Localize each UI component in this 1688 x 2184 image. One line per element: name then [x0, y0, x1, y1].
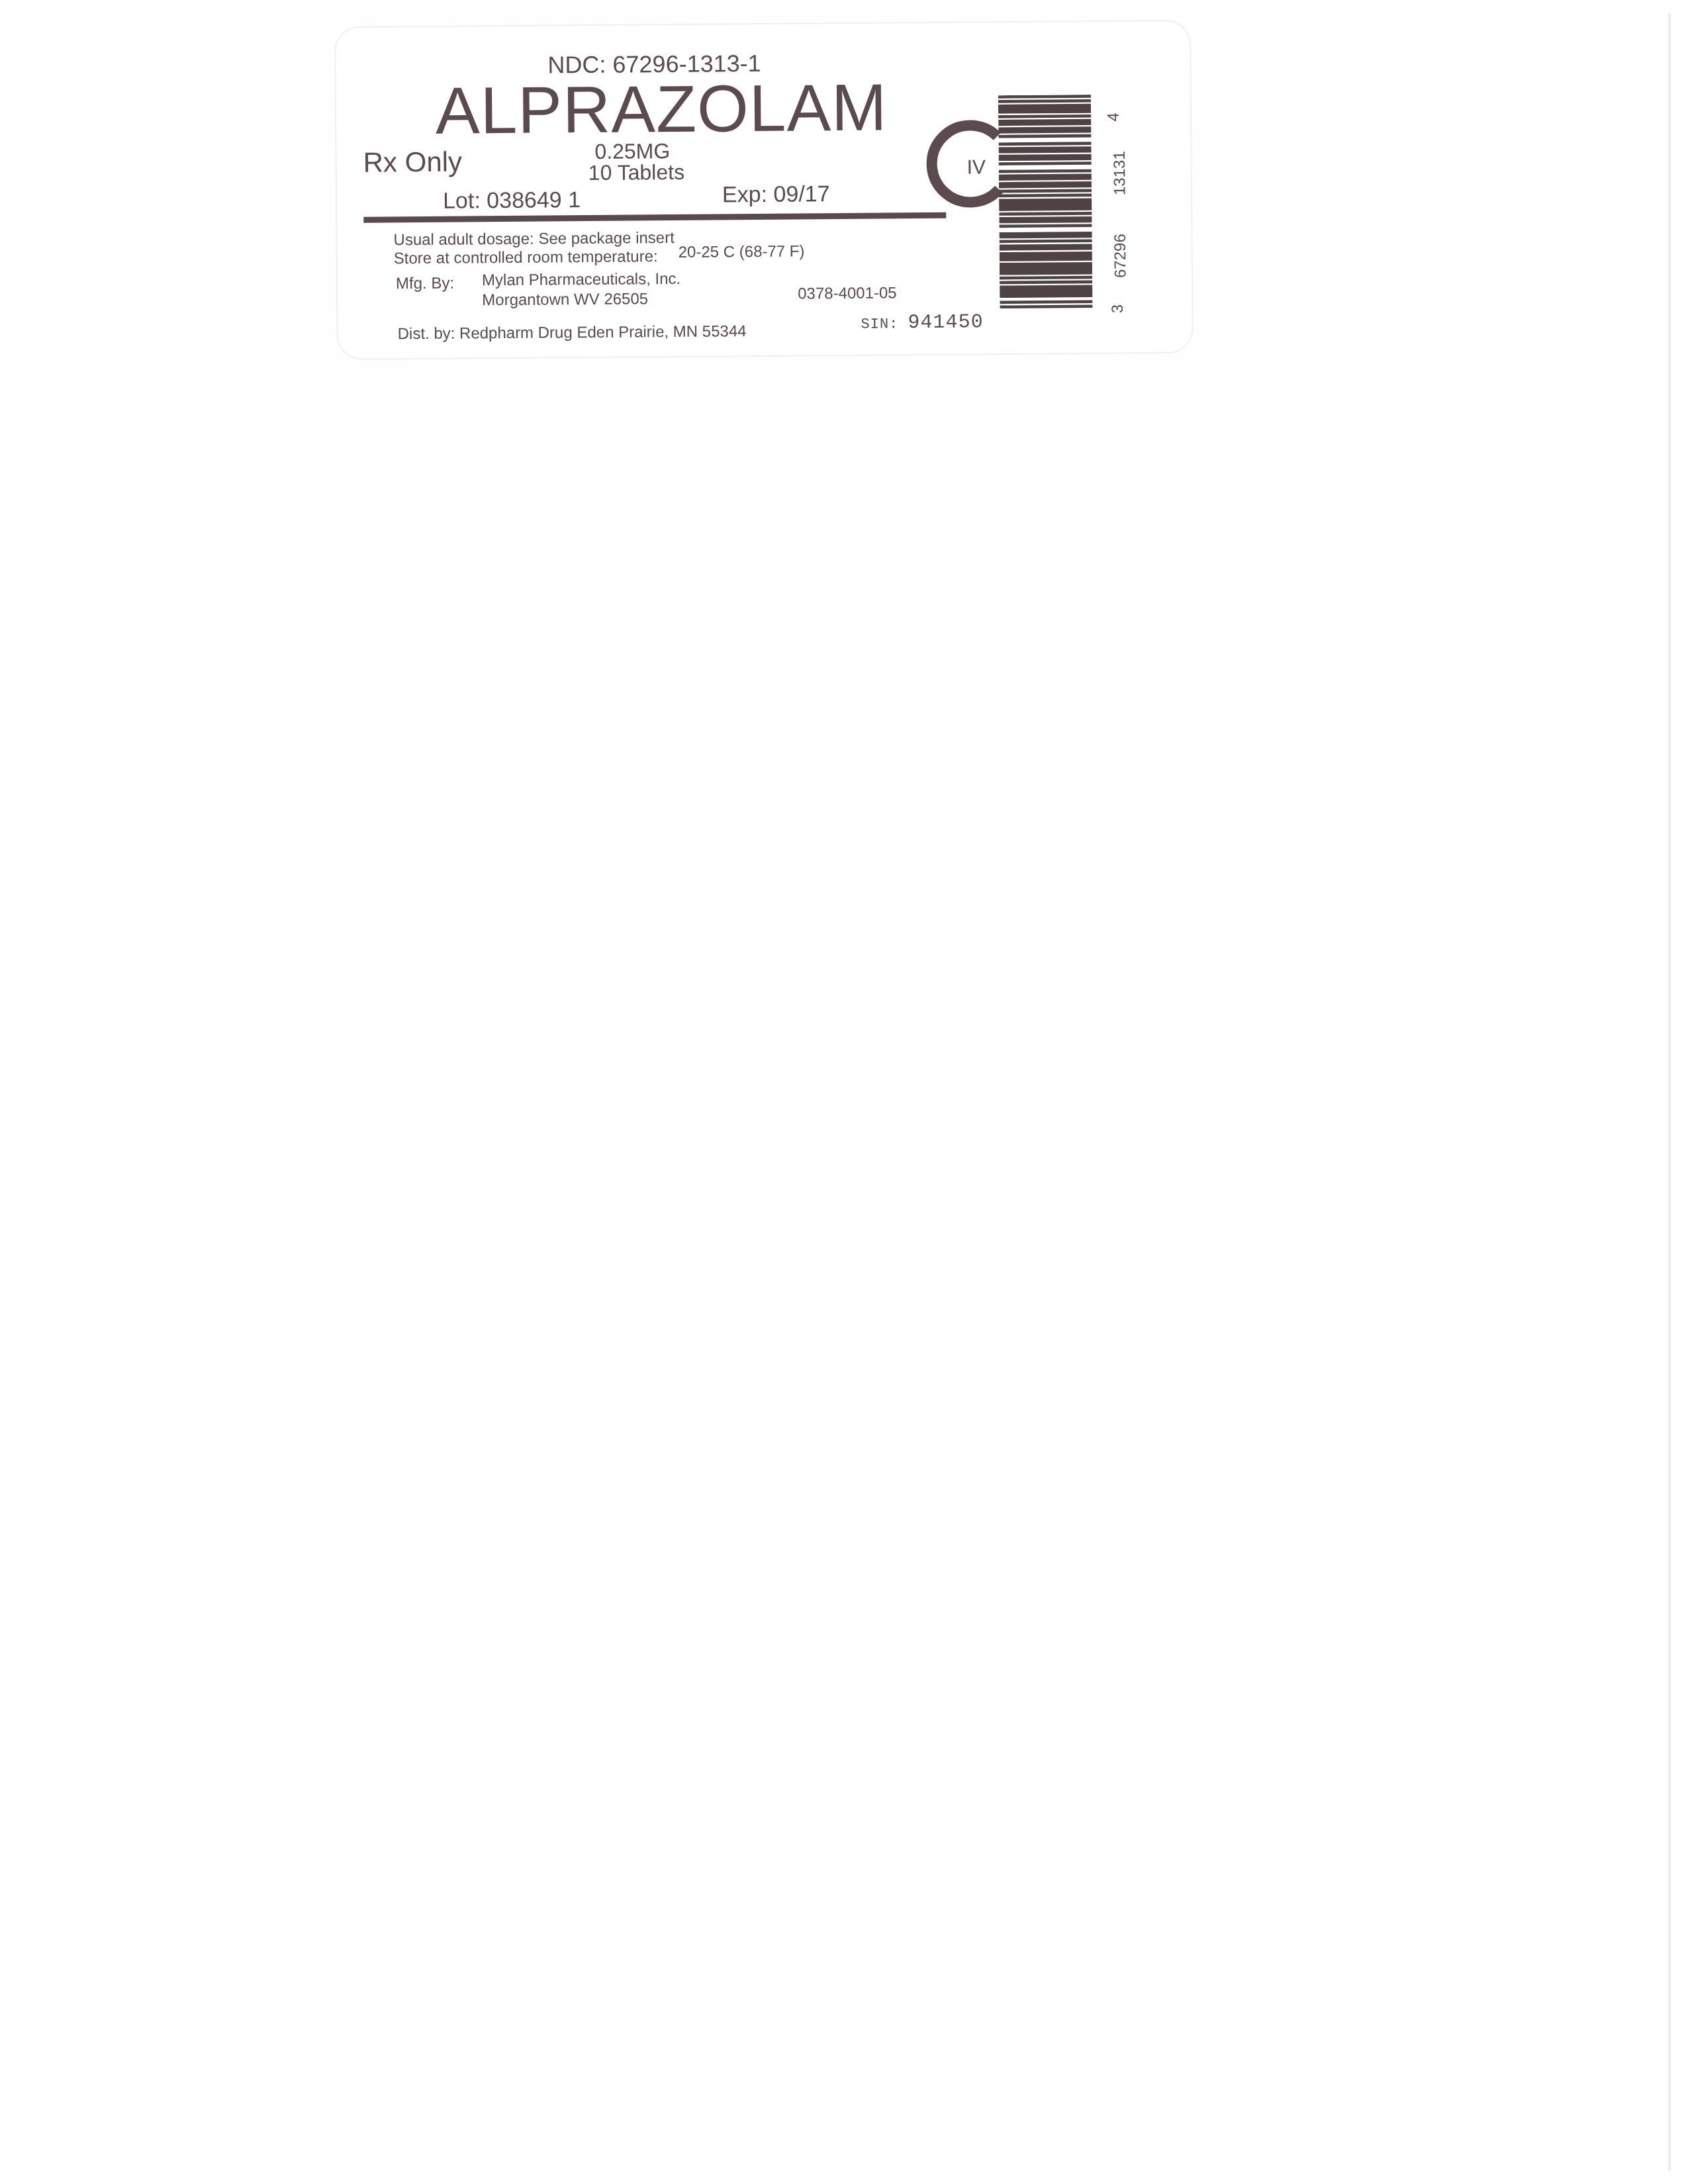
barcode-digit: 3: [1109, 304, 1127, 314]
storage-temperature: 20-25 C (68-77 F): [679, 242, 805, 261]
tablet-count: 10 Tablets: [588, 160, 685, 185]
barcode-digit: 13131: [1111, 151, 1130, 195]
barcode: [998, 95, 1100, 320]
prescription-label: NDC: 67296-1313-1 ALPRAZOLAM Rx Only 0.2…: [334, 20, 1194, 360]
sin-label: SIN:: [861, 316, 898, 332]
expiration-date: Exp: 09/17: [722, 181, 830, 208]
barcode-digit: 4: [1105, 113, 1123, 122]
manufacturer-city: Morgantown WV 26505: [482, 290, 648, 310]
manufacturer-code: 0378-4001-05: [798, 284, 897, 303]
drug-name: ALPRAZOLAM: [436, 69, 888, 149]
sin-number: SIN: 941450: [861, 311, 983, 334]
svg-text:IV: IV: [967, 156, 986, 178]
rx-only: Rx Only: [363, 146, 462, 178]
dosage-note: Usual adult dosage: See package insert: [393, 229, 674, 250]
page-edge: [1668, 13, 1671, 2171]
barcode-digit: 67296: [1111, 234, 1131, 278]
manufacturer-label: Mfg. By:: [396, 275, 454, 294]
manufacturer-name: Mylan Pharmaceuticals, Inc.: [482, 270, 680, 290]
sin-value: 941450: [908, 311, 983, 334]
storage-note: Store at controlled room temperature:: [394, 248, 658, 268]
distributor: Dist. by: Redpharm Drug Eden Prairie, MN…: [398, 322, 747, 343]
lot-number: Lot: 038649 1: [443, 187, 581, 214]
